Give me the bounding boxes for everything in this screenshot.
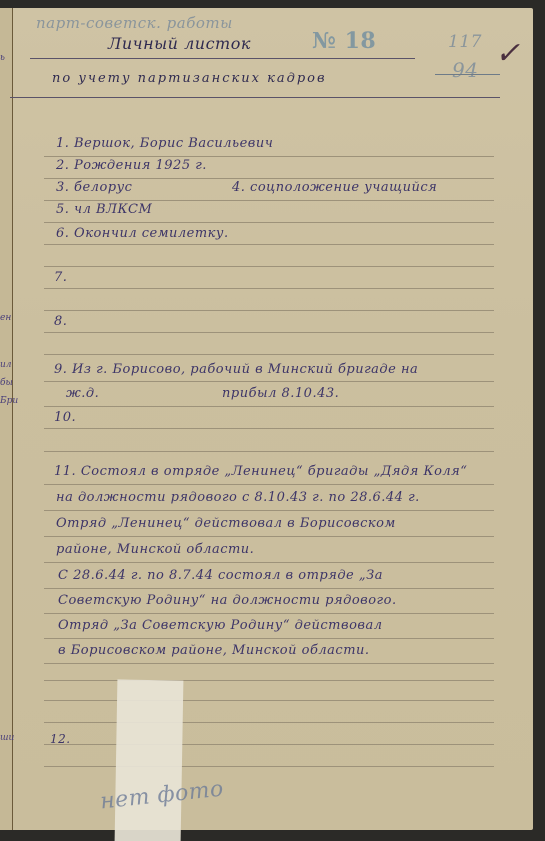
field-11-line: С 28.6.44 г. по 8.7.44 состоял в отряде … [58,568,383,583]
ruled-line [44,244,494,245]
field-3: 3. белорус [56,180,132,195]
ruled-line [44,200,494,201]
number-stamp: № 18 [312,28,376,54]
ruled-line [44,484,494,485]
header-divider [10,97,500,98]
field-11-line: Советскую Родину“ на должности рядового. [58,593,397,608]
field-9: 9. Из г. Борисово, рабочий в Минский бри… [54,362,418,377]
ruled-line [44,310,494,311]
field-11-line: Отряд „За Советскую Родину“ действовал [58,618,383,633]
ruled-line [44,428,494,429]
margin-scribble: ши [0,733,14,743]
header-note: парт-советск. работы [36,14,233,32]
margin-scribble: ь [0,53,5,63]
field-1: 1. Вершок, Борис Васильевич [56,136,273,151]
ruled-line [44,222,494,223]
field-5: 5. чл ВЛКСМ [56,202,152,217]
field-12: 12. [50,732,71,746]
ruled-line [44,680,494,681]
previous-page-edge: ь ен ил бы Бри ши [0,8,13,830]
field-7: 7. [54,270,67,285]
ruled-line [44,156,494,157]
ruled-line [44,588,494,589]
field-10: 10. [54,410,76,425]
document-page: ь ен ил бы Бри ши парт-советск. работы Л… [0,8,533,830]
field-11-line: на должности рядового с 8.10.43 г. по 28… [56,490,420,505]
ruled-line [44,288,494,289]
ruled-line [44,638,494,639]
ruled-line [44,178,494,179]
ruled-line [44,613,494,614]
ruled-line [44,663,494,664]
field-4: 4. соцположение учащийся [232,180,437,195]
margin-scribble: ил [0,360,12,370]
field-11-line: в Борисовском районе, Минской области. [58,643,370,658]
ruled-line [44,722,494,723]
title-underline [30,58,415,59]
archive-number: 117 [448,32,482,52]
ruled-line [44,536,494,537]
check-mark: ✓ [495,36,520,71]
margin-scribble: бы [0,378,13,388]
field-6: 6. Окончил семилетку. [56,226,229,241]
ruled-line [44,744,494,745]
ruled-line [44,406,494,407]
field-2: 2. Рождения 1925 г. [56,158,207,173]
margin-scribble: ен [0,313,11,323]
ruled-line [44,766,494,767]
field-9-cont: ж.д. [66,386,99,401]
ruled-line [44,354,494,355]
field-11: 11. Состоял в отряде „Ленинец“ бригады „… [54,464,467,479]
document-title: Личный листок [108,34,251,53]
ruled-line [44,562,494,563]
ruled-line [44,266,494,267]
archive-number-struck: 94 [452,58,478,82]
document-subtitle: по учету партизанских кадров [52,71,327,86]
field-9-arrival: прибыл 8.10.43. [222,386,339,401]
field-8: 8. [54,314,67,329]
paper-tape-strip [115,679,184,841]
ruled-line [44,381,494,382]
strike-line [435,74,500,75]
field-11-line: районе, Минской области. [56,542,254,557]
field-11-line: Отряд „Ленинец“ действовал в Борисовском [56,516,396,531]
margin-scribble: Бри [0,396,18,406]
ruled-line [44,332,494,333]
ruled-line [44,700,494,701]
ruled-line [44,510,494,511]
ruled-line [44,451,494,452]
